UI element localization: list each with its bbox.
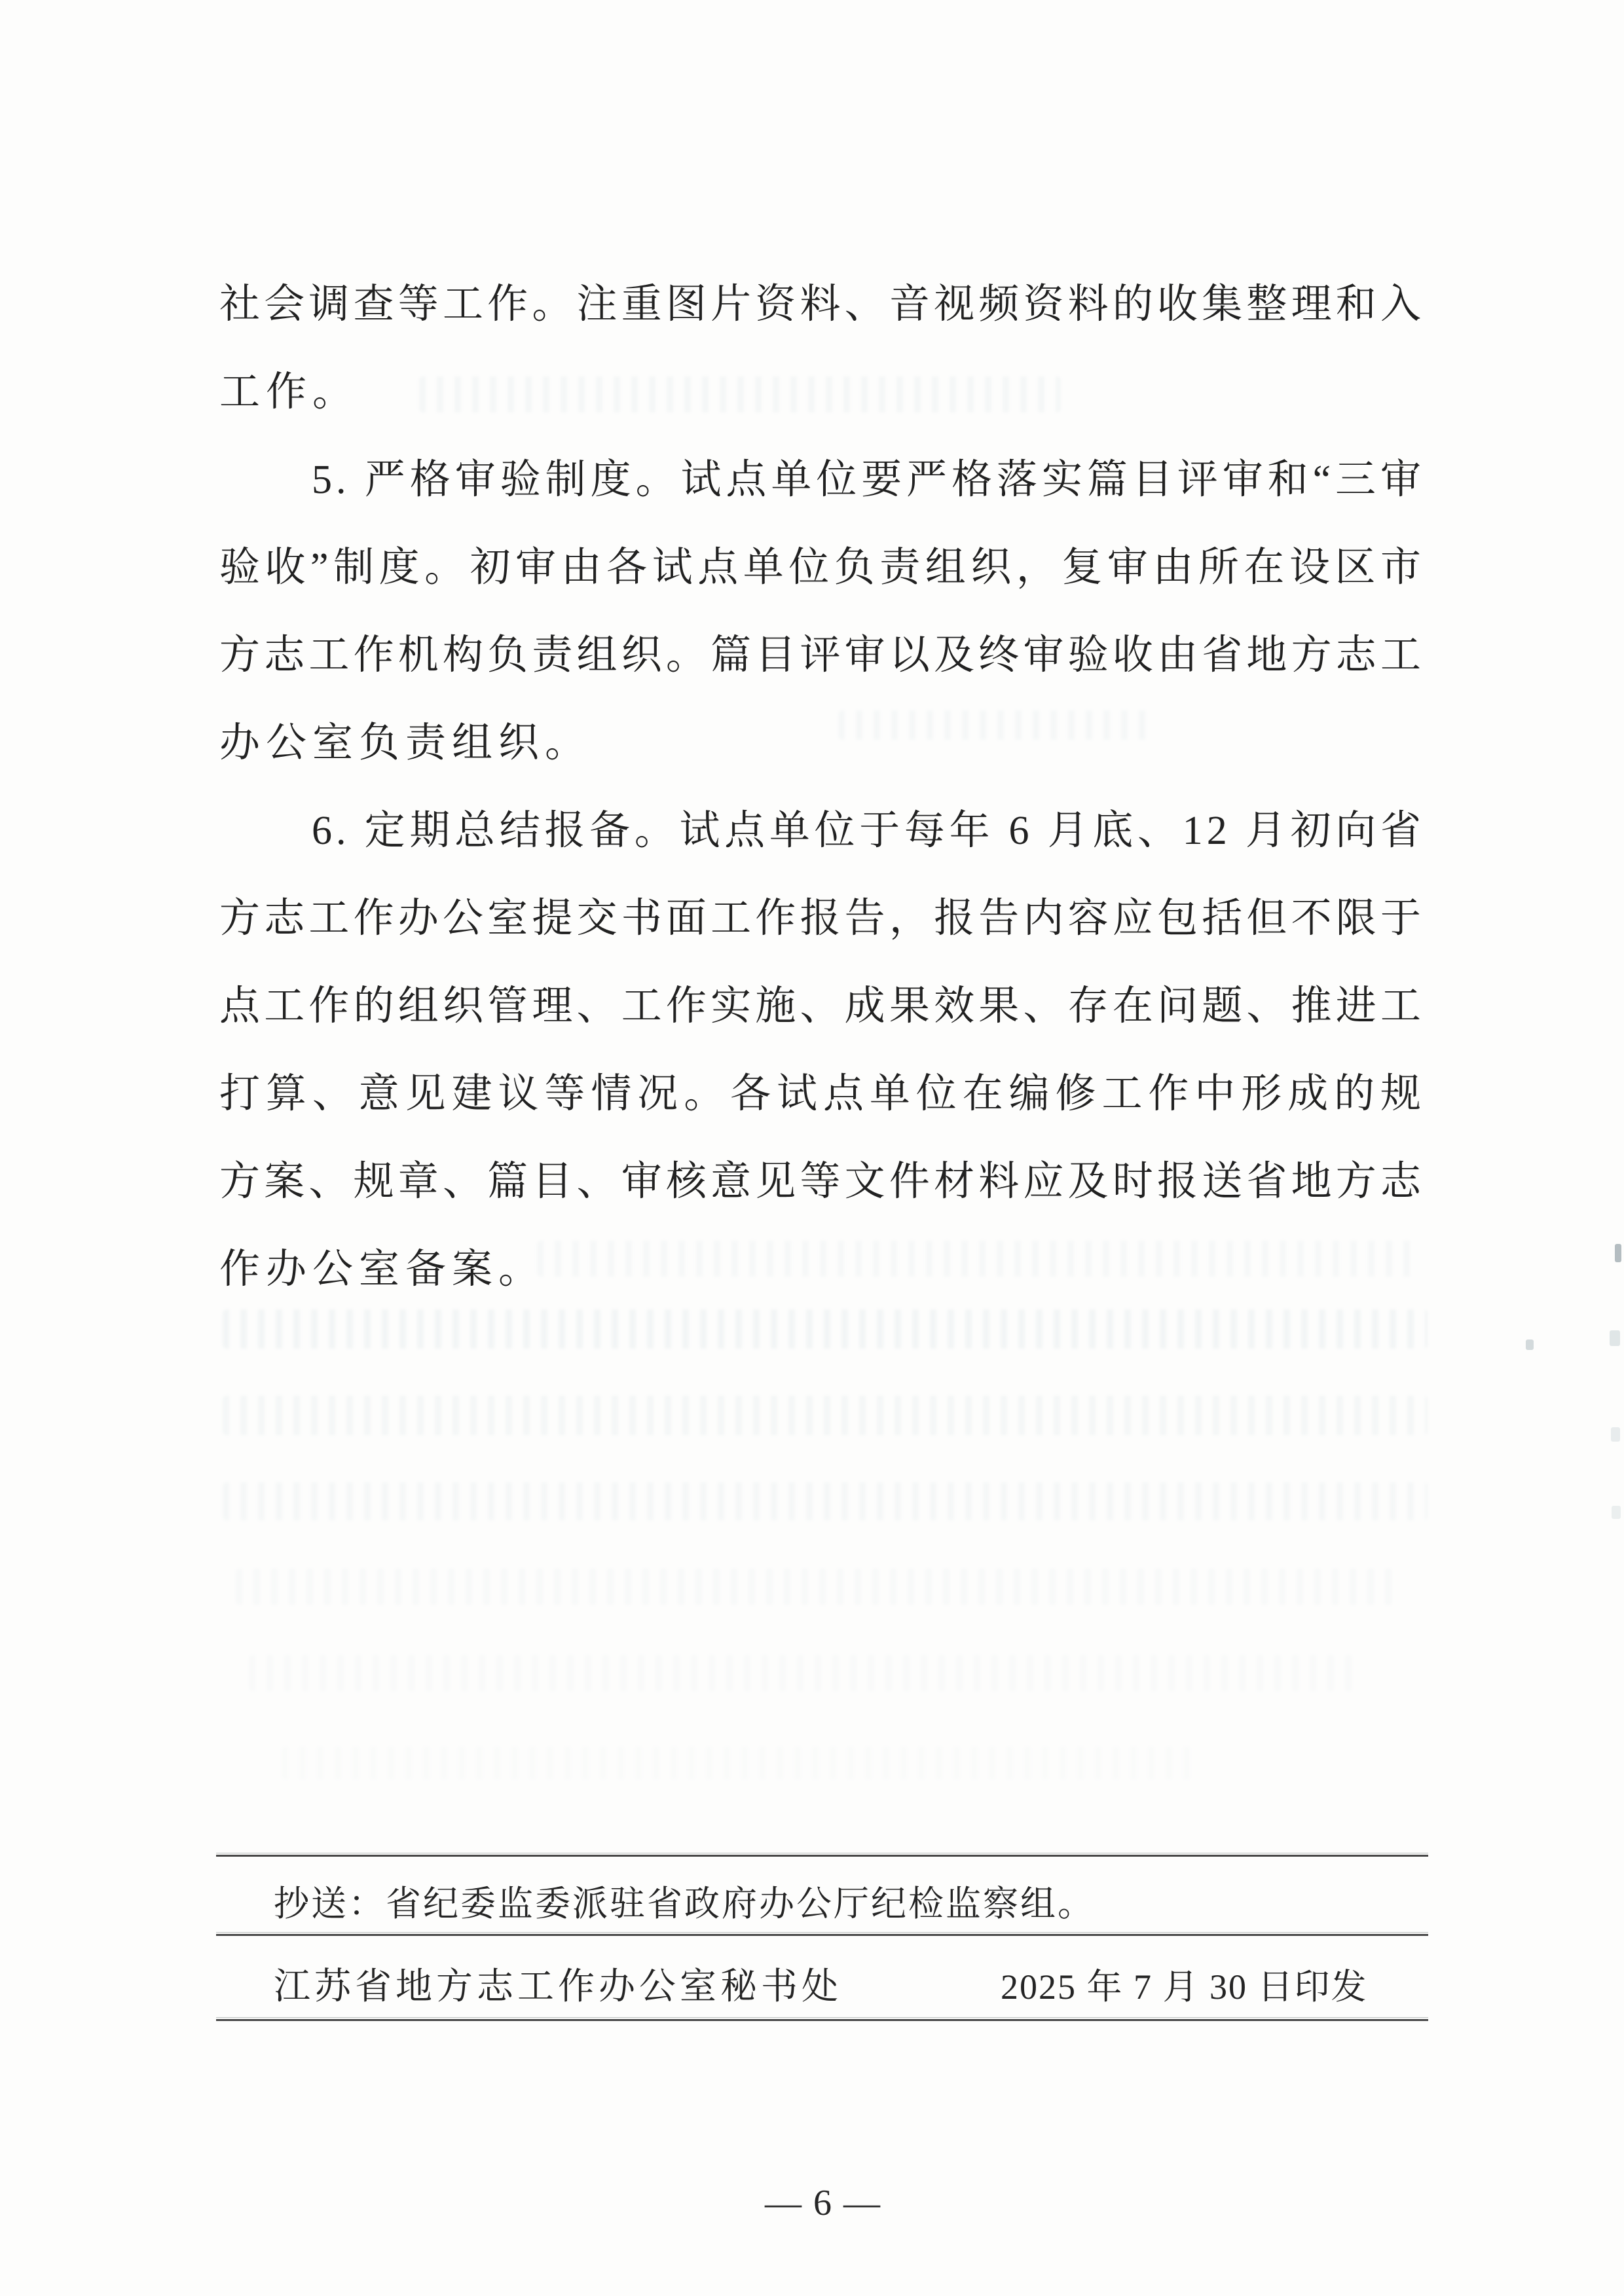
bleed-through-artifact	[236, 1569, 1401, 1605]
body-line: 打算、意见建议等情况。各试点单位在编修工作中形成的规划、	[219, 1050, 1425, 1138]
issuer-office: 江苏省地方志工作办公室秘书处	[274, 1959, 842, 2015]
body-line: 验收”制度。初审由各试点单位负责组织，复审由所在设区市地	[219, 524, 1425, 611]
scan-smudge	[1611, 1427, 1620, 1442]
body-line: 方案、规章、篇目、审核意见等文件材料应及时报送省地方志工	[219, 1138, 1425, 1226]
body-line: 6. 定期总结报备。试点单位于每年 6 月底、12 月初向省地	[219, 787, 1425, 875]
body-line: 办公室负责组织。	[219, 699, 1425, 787]
body-line: 工作。	[219, 348, 1425, 436]
body-line: 5. 严格审验制度。试点单位要严格落实篇目评审和“三审一	[219, 436, 1425, 524]
footer-rule-top	[216, 1853, 1428, 1857]
page-number: — 6 —	[751, 2180, 895, 2226]
body-line: 方志工作办公室提交书面工作报告，报告内容应包括但不限于试	[219, 875, 1425, 962]
cc-line: 抄送：省纪委监委派驻省政府办公厅纪检监察组。	[274, 1876, 1095, 1931]
bleed-through-artifact	[223, 1309, 1428, 1349]
bleed-through-artifact	[282, 1747, 1198, 1779]
scan-smudge	[1526, 1339, 1534, 1350]
print-date: 2025 年 7 月 30 日印发	[1001, 1959, 1368, 2015]
scan-smudge	[1610, 1330, 1620, 1346]
scan-smudge	[1615, 1244, 1621, 1262]
bleed-through-artifact	[223, 1482, 1428, 1520]
body-line: 点工作的组织管理、工作实施、成果效果、存在问题、推进工作	[219, 962, 1425, 1050]
bleed-through-artifact	[223, 1396, 1428, 1435]
footer-rule-bottom	[216, 2017, 1428, 2022]
scanned-document-page: 社会调查等工作。注重图片资料、音视频资料的收集整理和入志 工作。 5. 严格审验…	[0, 0, 1624, 2296]
body-line: 社会调查等工作。注重图片资料、音视频资料的收集整理和入志	[219, 261, 1425, 348]
bleed-through-artifact	[249, 1655, 1362, 1691]
footer-rule-middle	[216, 1932, 1428, 1937]
body-line: 方志工作机构负责组织。篇目评审以及终审验收由省地方志工作	[219, 611, 1425, 699]
scan-smudge	[1612, 1506, 1621, 1519]
body-line: 作办公室备案。	[219, 1226, 1425, 1313]
